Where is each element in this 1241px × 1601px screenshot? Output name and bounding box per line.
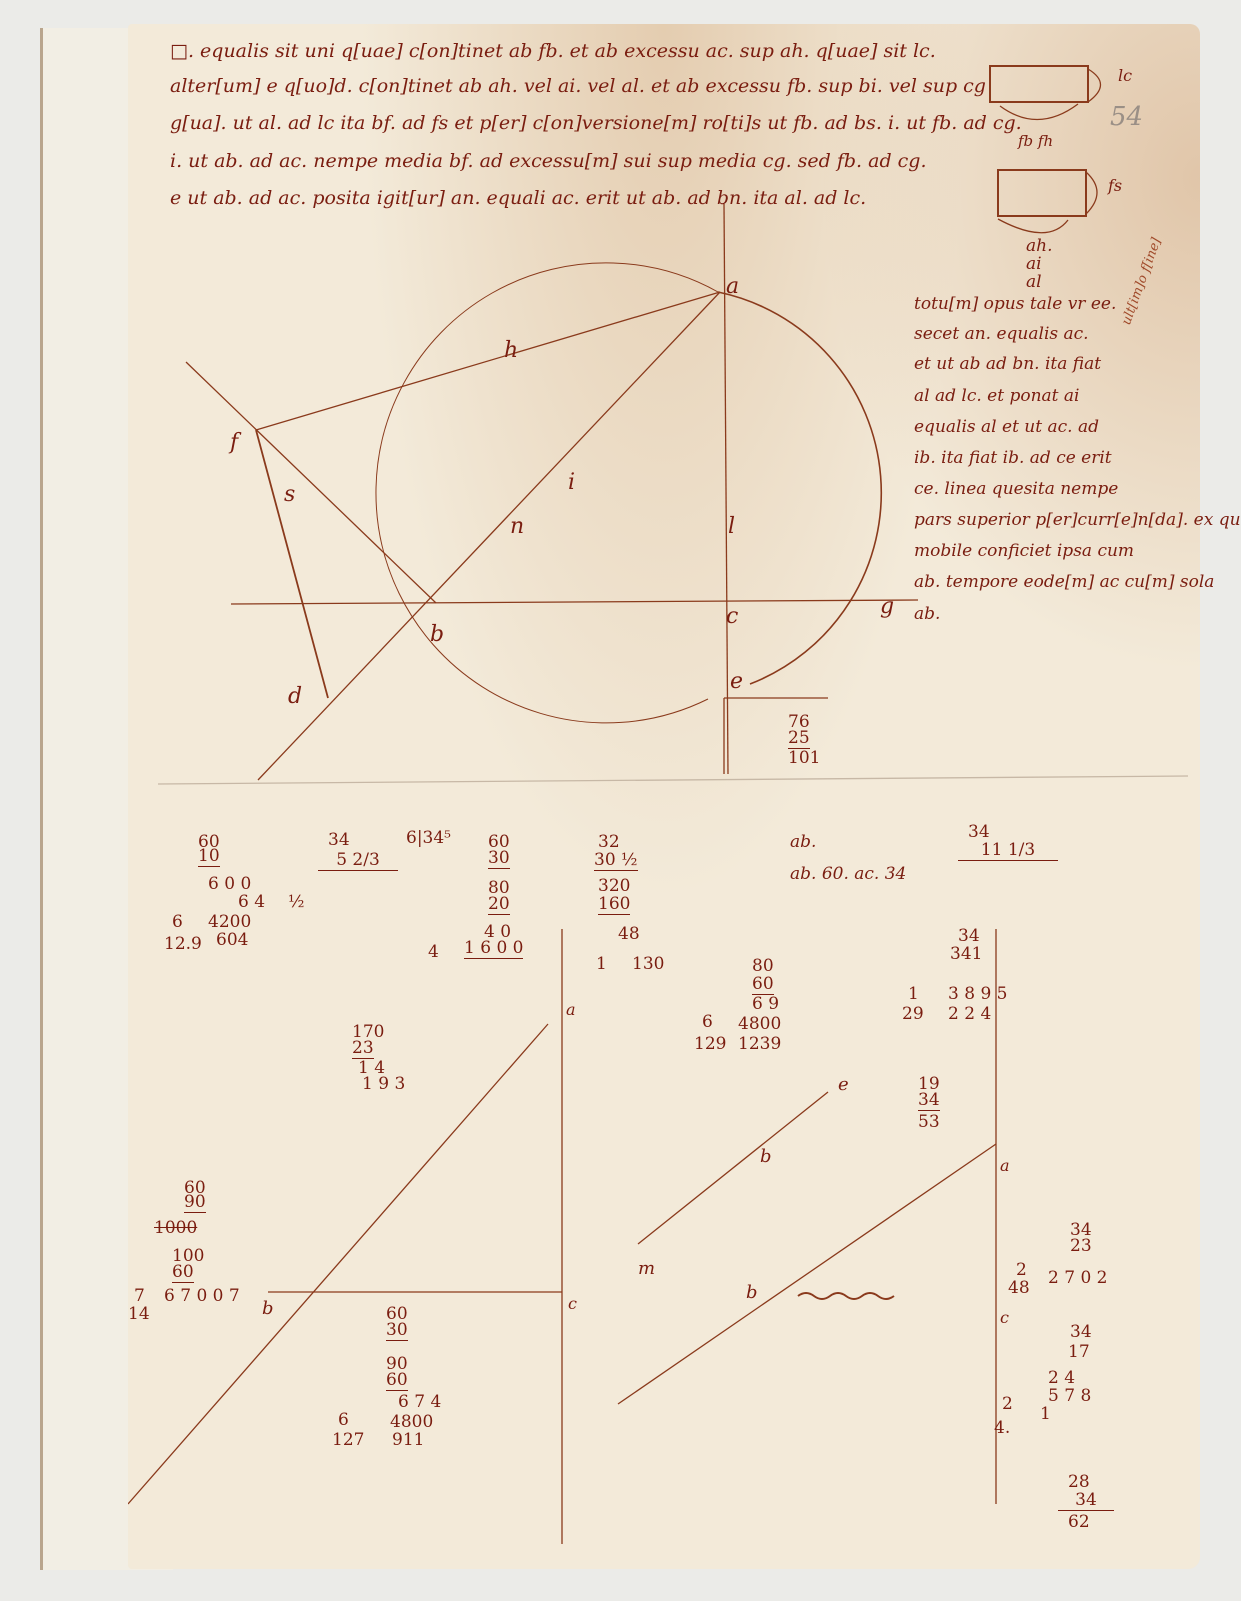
num: 62: [1068, 1512, 1090, 1532]
num: 30: [488, 848, 510, 869]
num: 1: [596, 954, 607, 974]
num: 4200: [208, 912, 251, 932]
label-f: f: [230, 430, 238, 455]
num: 32: [598, 832, 620, 852]
num: 127: [332, 1430, 364, 1450]
num: 129: [694, 1034, 726, 1054]
text: ab. 60. ac. 34: [790, 864, 906, 884]
label-n: n: [510, 514, 524, 539]
num: 29: [902, 1004, 924, 1024]
label-b-lower: b: [262, 1298, 274, 1319]
num: 10: [198, 846, 220, 867]
num: 30 ½: [594, 850, 638, 871]
num: 60: [386, 1370, 408, 1391]
num: 2 7 0 2: [1048, 1268, 1107, 1288]
num: 911: [392, 1430, 424, 1450]
num: 6: [172, 912, 183, 932]
label-e-lower: e: [838, 1074, 849, 1095]
num: 34: [1058, 1490, 1114, 1511]
num: 60: [752, 974, 774, 995]
num: 12.9: [164, 934, 202, 954]
num: 6: [702, 1012, 713, 1032]
num: 1000: [154, 1218, 197, 1238]
num: 6 0 0: [208, 874, 251, 894]
label-b-second: b: [746, 1282, 758, 1303]
label-m: m: [638, 1258, 655, 1279]
label-d: d: [288, 684, 302, 709]
num: 25: [788, 728, 810, 749]
label-c: c: [726, 604, 738, 629]
label-b: b: [430, 622, 444, 647]
num: 4.: [994, 1418, 1010, 1438]
num: 6 4: [238, 892, 265, 912]
num: 2 4: [1048, 1368, 1075, 1388]
num: 30: [386, 1320, 408, 1341]
num: 11 1/3: [958, 840, 1058, 861]
num: 90: [184, 1192, 206, 1213]
num: 6: [338, 1410, 349, 1430]
label-l: l: [728, 514, 735, 539]
label-g: g: [880, 594, 894, 619]
num: 48: [618, 924, 640, 944]
label-a: a: [726, 274, 739, 299]
num: 34: [328, 830, 350, 850]
num: 14: [128, 1304, 150, 1324]
num: 604: [216, 930, 248, 950]
num: 80: [752, 956, 774, 976]
manuscript-sheet: 54 □. equalis sit uni q[uae] c[on]tinet …: [128, 24, 1200, 1569]
label-e: e: [730, 669, 743, 694]
num: 34: [1070, 1322, 1092, 1342]
num: 2 2 4: [948, 1004, 991, 1024]
num: 60: [172, 1262, 194, 1283]
num: 28: [1068, 1472, 1090, 1492]
num: ½: [288, 892, 304, 912]
num: 1239: [738, 1034, 781, 1054]
num: 3 8 9 5: [948, 984, 1007, 1004]
num: 4800: [738, 1014, 781, 1034]
num: 4: [428, 942, 439, 962]
num: 1 6 0 0: [464, 938, 523, 959]
num: 320: [598, 876, 630, 896]
num: 160: [598, 894, 630, 915]
label-b-line: b: [760, 1146, 772, 1167]
num: 34: [968, 822, 990, 842]
label-c-lower: c: [568, 1294, 577, 1313]
calc-block-3: 6|34⁵: [406, 828, 451, 848]
num: 23: [1070, 1236, 1092, 1256]
num: 2: [1002, 1394, 1013, 1414]
num: 6 9: [752, 994, 779, 1014]
num: 1: [1040, 1404, 1051, 1424]
num: 5 2/3: [318, 850, 398, 871]
num: 2: [1016, 1260, 1027, 1280]
label-a-right: a: [1000, 1156, 1010, 1175]
label-i: i: [568, 470, 575, 495]
label-a-lower: a: [566, 1000, 576, 1019]
num: 53: [918, 1112, 940, 1132]
num: 48: [1008, 1278, 1030, 1298]
num: 6 7 0 0 7: [164, 1286, 240, 1306]
num: 1: [908, 984, 919, 1004]
geometric-figures: [128, 24, 1200, 1569]
num: 4800: [390, 1412, 433, 1432]
label-c-right: c: [1000, 1308, 1009, 1327]
num: 101: [788, 748, 820, 768]
num: 7: [134, 1286, 145, 1306]
num: 20: [488, 894, 510, 915]
text: ab.: [790, 832, 816, 852]
num: 34: [918, 1090, 940, 1111]
num: 34: [958, 926, 980, 946]
num: 5 7 8: [1048, 1386, 1091, 1406]
label-s: s: [284, 482, 295, 507]
label-h: h: [504, 338, 518, 363]
num: 341: [950, 944, 982, 964]
num: 6 7 4: [398, 1392, 441, 1412]
num: 130: [632, 954, 664, 974]
num: 17: [1068, 1342, 1090, 1362]
num: 1 9 3: [362, 1074, 405, 1094]
num: 23: [352, 1038, 374, 1059]
